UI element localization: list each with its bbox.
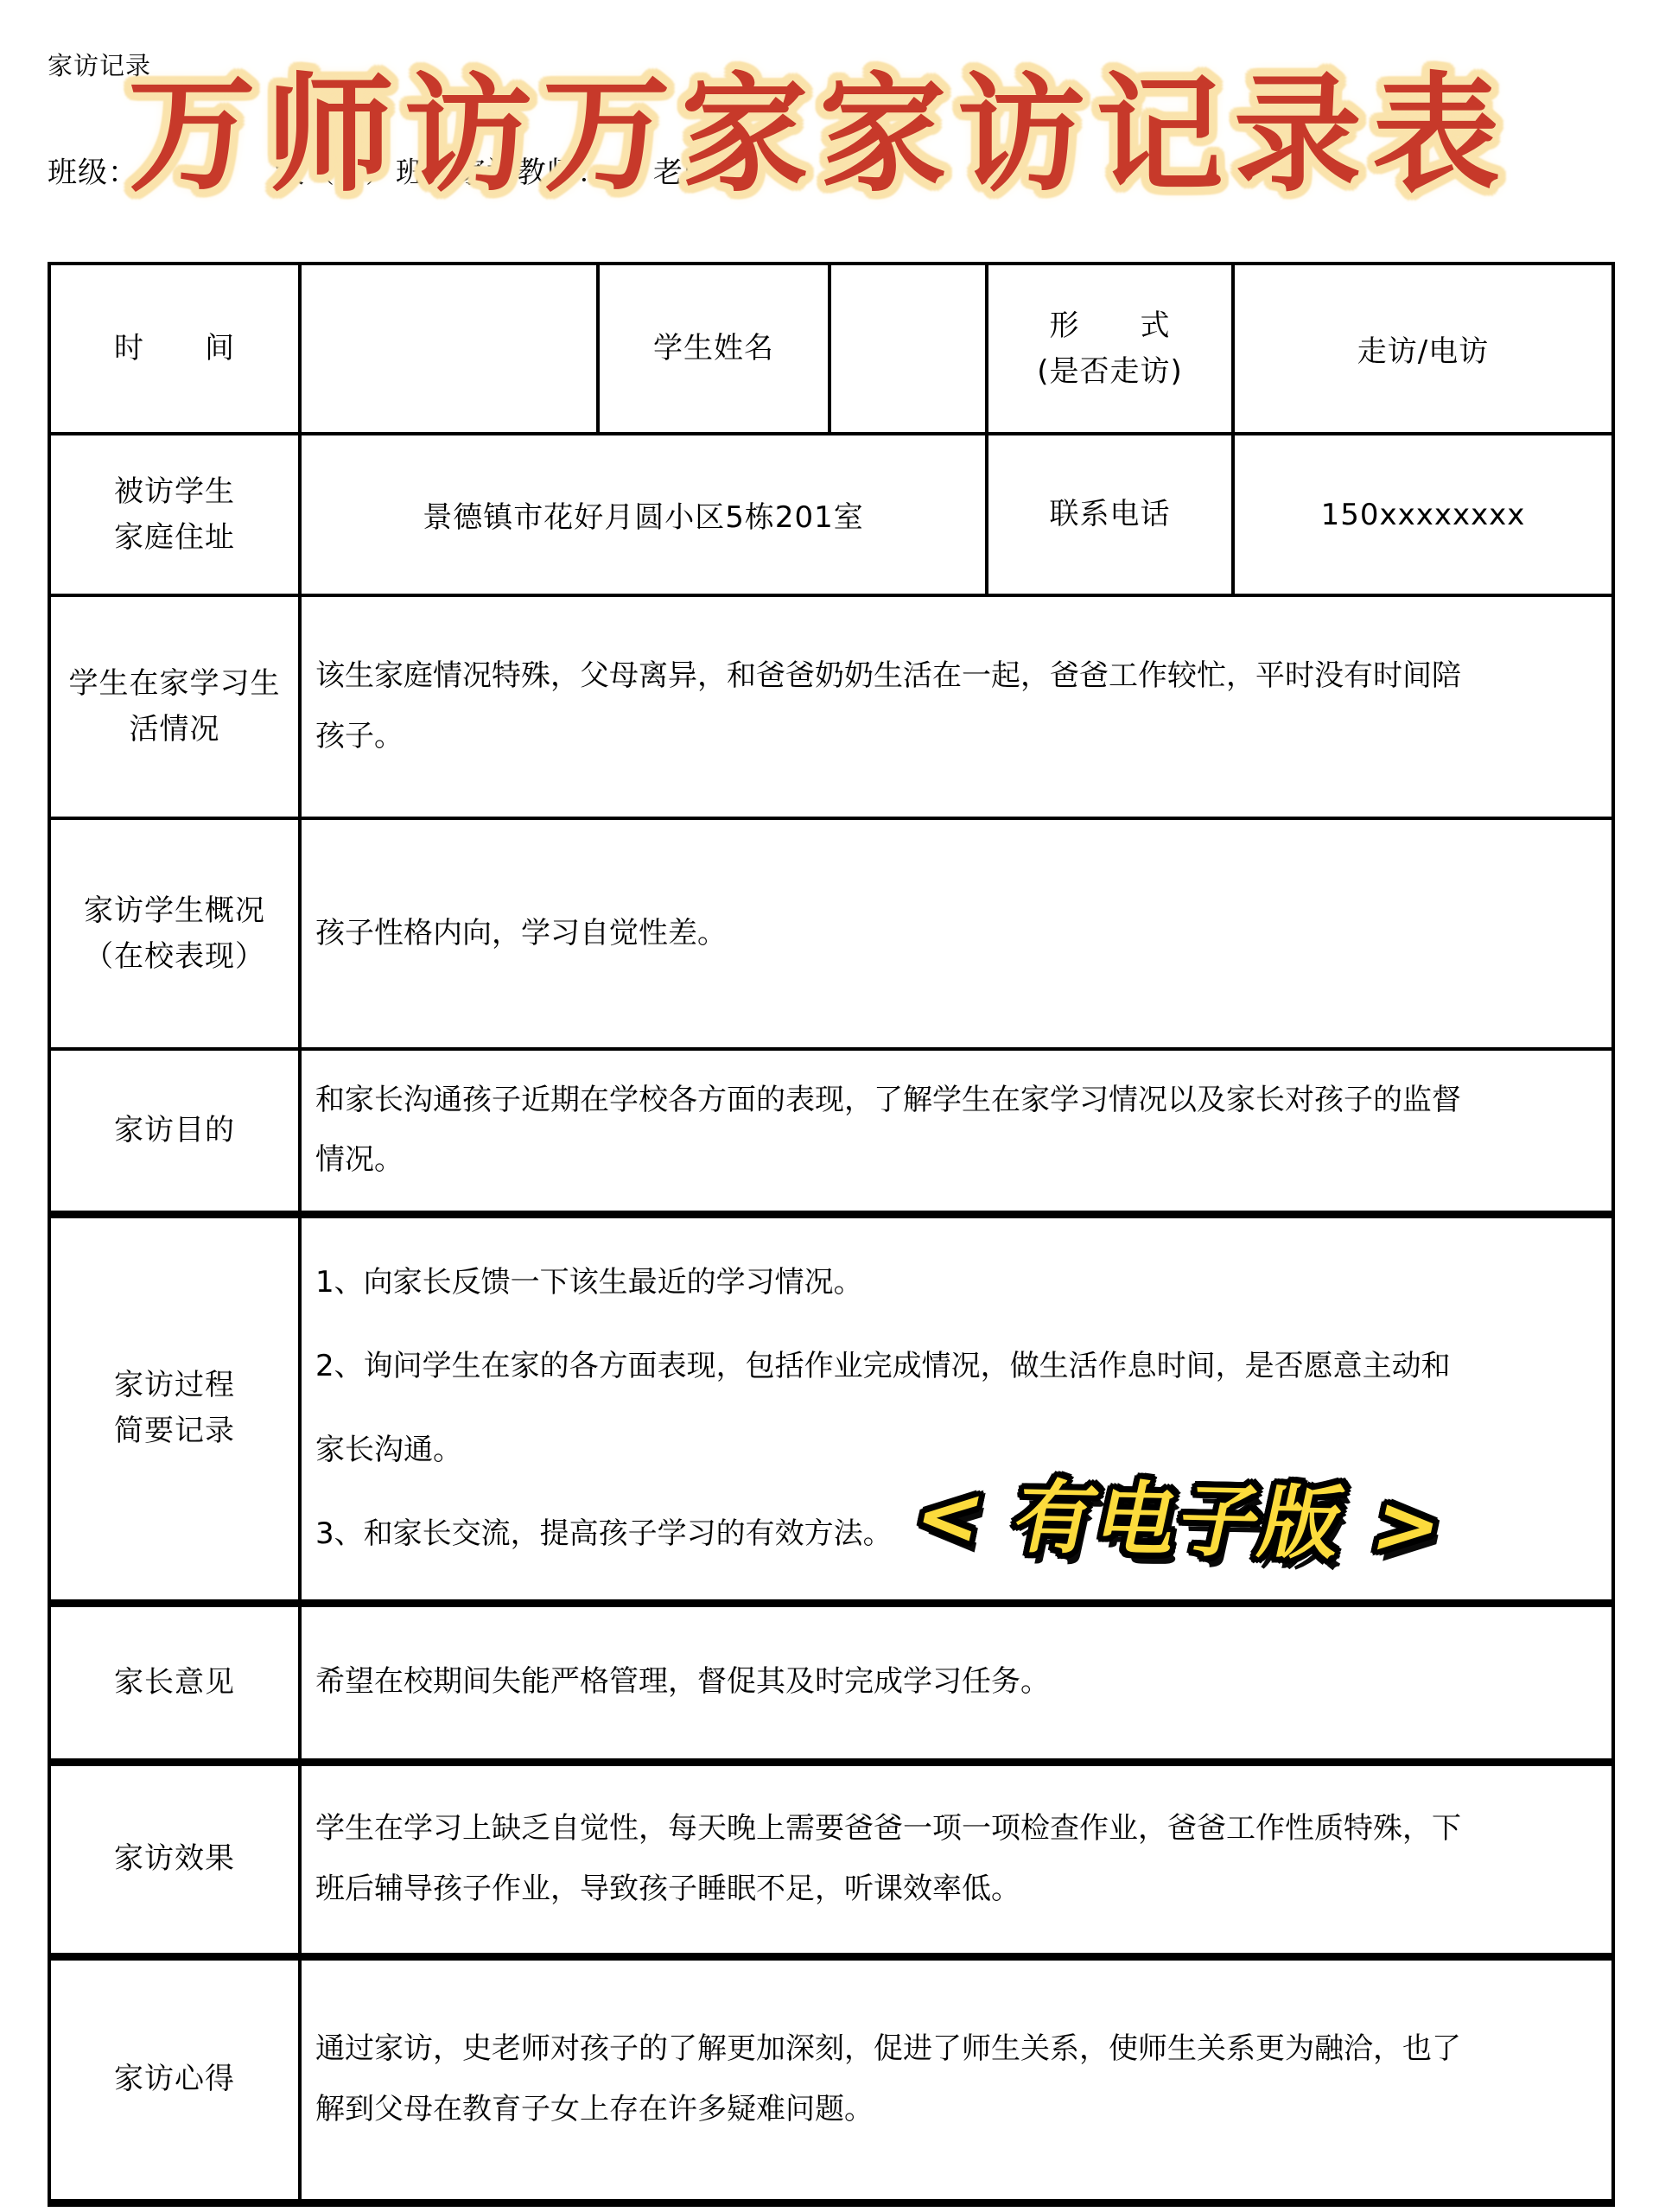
phone-value-cell: 150xxxxxxxx [1233,434,1613,595]
electronic-version-badge: < 有电子版 > [906,1452,1458,1576]
parent-opinion-content-cell: 希望在校期间失能严格管理，督促其及时完成学习任务。 [300,1603,1613,1762]
page-title: 万师访万家家访记录表 [128,33,1510,216]
form-type-value-cell: 走访/电访 [1233,264,1613,434]
student-name-label-cell: 学生姓名 [598,264,829,434]
student-overview-content-cell: 孩子性格内向，学习自觉性差。 [300,818,1613,1049]
address-label-cell: 被访学生 家庭住址 [49,434,300,595]
address-value-cell: 景德镇市花好月圆小区5栋201室 [300,434,987,595]
visit-purpose-label-cell: 家访目的 [49,1049,300,1214]
table-row-visit-purpose: 家访目的 和家长沟通孩子近期在学校各方面的表现，了解学生在家学习情况以及家长对孩… [49,1049,1613,1214]
student-overview-label-cell: 家访学生概况 （在校表现） [49,818,300,1049]
home-study-content-cell: 该生家庭情况特殊，父母离异，和爸爸奶奶生活在一起，爸爸工作较忙，平时没有时间陪 … [300,595,1613,818]
table-row-visit-effect: 家访效果 学生在学习上缺乏自觉性，每天晚上需要爸爸一项一项检查作业，爸爸工作性质… [49,1762,1613,1956]
visit-effect-content-cell: 学生在学习上缺乏自觉性，每天晚上需要爸爸一项一项检查作业，爸爸工作性质特殊，下 … [300,1762,1613,1956]
visit-reflection-content-cell: 通过家访，史老师对孩子的了解更加深刻，促进了师生关系，使师生关系更为融洽，也了 … [300,1956,1613,2202]
visit-purpose-content-cell: 和家长沟通孩子近期在学校各方面的表现，了解学生在家学习情况以及家长对孩子的监督 … [300,1049,1613,1214]
phone-label-cell: 联系电话 [987,434,1233,595]
table-row-parent-opinion: 家长意见 希望在校期间失能严格管理，督促其及时完成学习任务。 [49,1603,1613,1762]
student-name-value-cell [829,264,987,434]
visit-process-label-cell: 家访过程 简要记录 [49,1214,300,1603]
table-row-header: 时 间 学生姓名 形 式 (是否走访) 走访/电访 [49,264,1613,434]
time-value-cell [300,264,598,434]
home-visit-form-table: 时 间 学生姓名 形 式 (是否走访) 走访/电访 被访学生 家庭住址 景德镇市… [48,262,1615,2207]
home-visit-record-page: 家访记录 班级： 级（ ）班 家访教师： 老师 万师访万家家访记录表 时 间 学… [0,0,1659,2212]
visit-effect-label-cell: 家访效果 [49,1762,300,1956]
table-row-contact: 被访学生 家庭住址 景德镇市花好月圆小区5栋201室 联系电话 150xxxxx… [49,434,1613,595]
table-row-home-study: 学生在家学习生 活情况 该生家庭情况特殊，父母离异，和爸爸奶奶生活在一起，爸爸工… [49,595,1613,818]
table-row-student-overview: 家访学生概况 （在校表现） 孩子性格内向，学习自觉性差。 [49,818,1613,1049]
home-study-label-cell: 学生在家学习生 活情况 [49,595,300,818]
visit-reflection-label-cell: 家访心得 [49,1956,300,2202]
time-label-cell: 时 间 [49,264,300,434]
parent-opinion-label-cell: 家长意见 [49,1603,300,1762]
table-row-visit-reflection: 家访心得 通过家访，史老师对孩子的了解更加深刻，促进了师生关系，使师生关系更为融… [49,1956,1613,2202]
form-type-label-cell: 形 式 (是否走访) [987,264,1233,434]
